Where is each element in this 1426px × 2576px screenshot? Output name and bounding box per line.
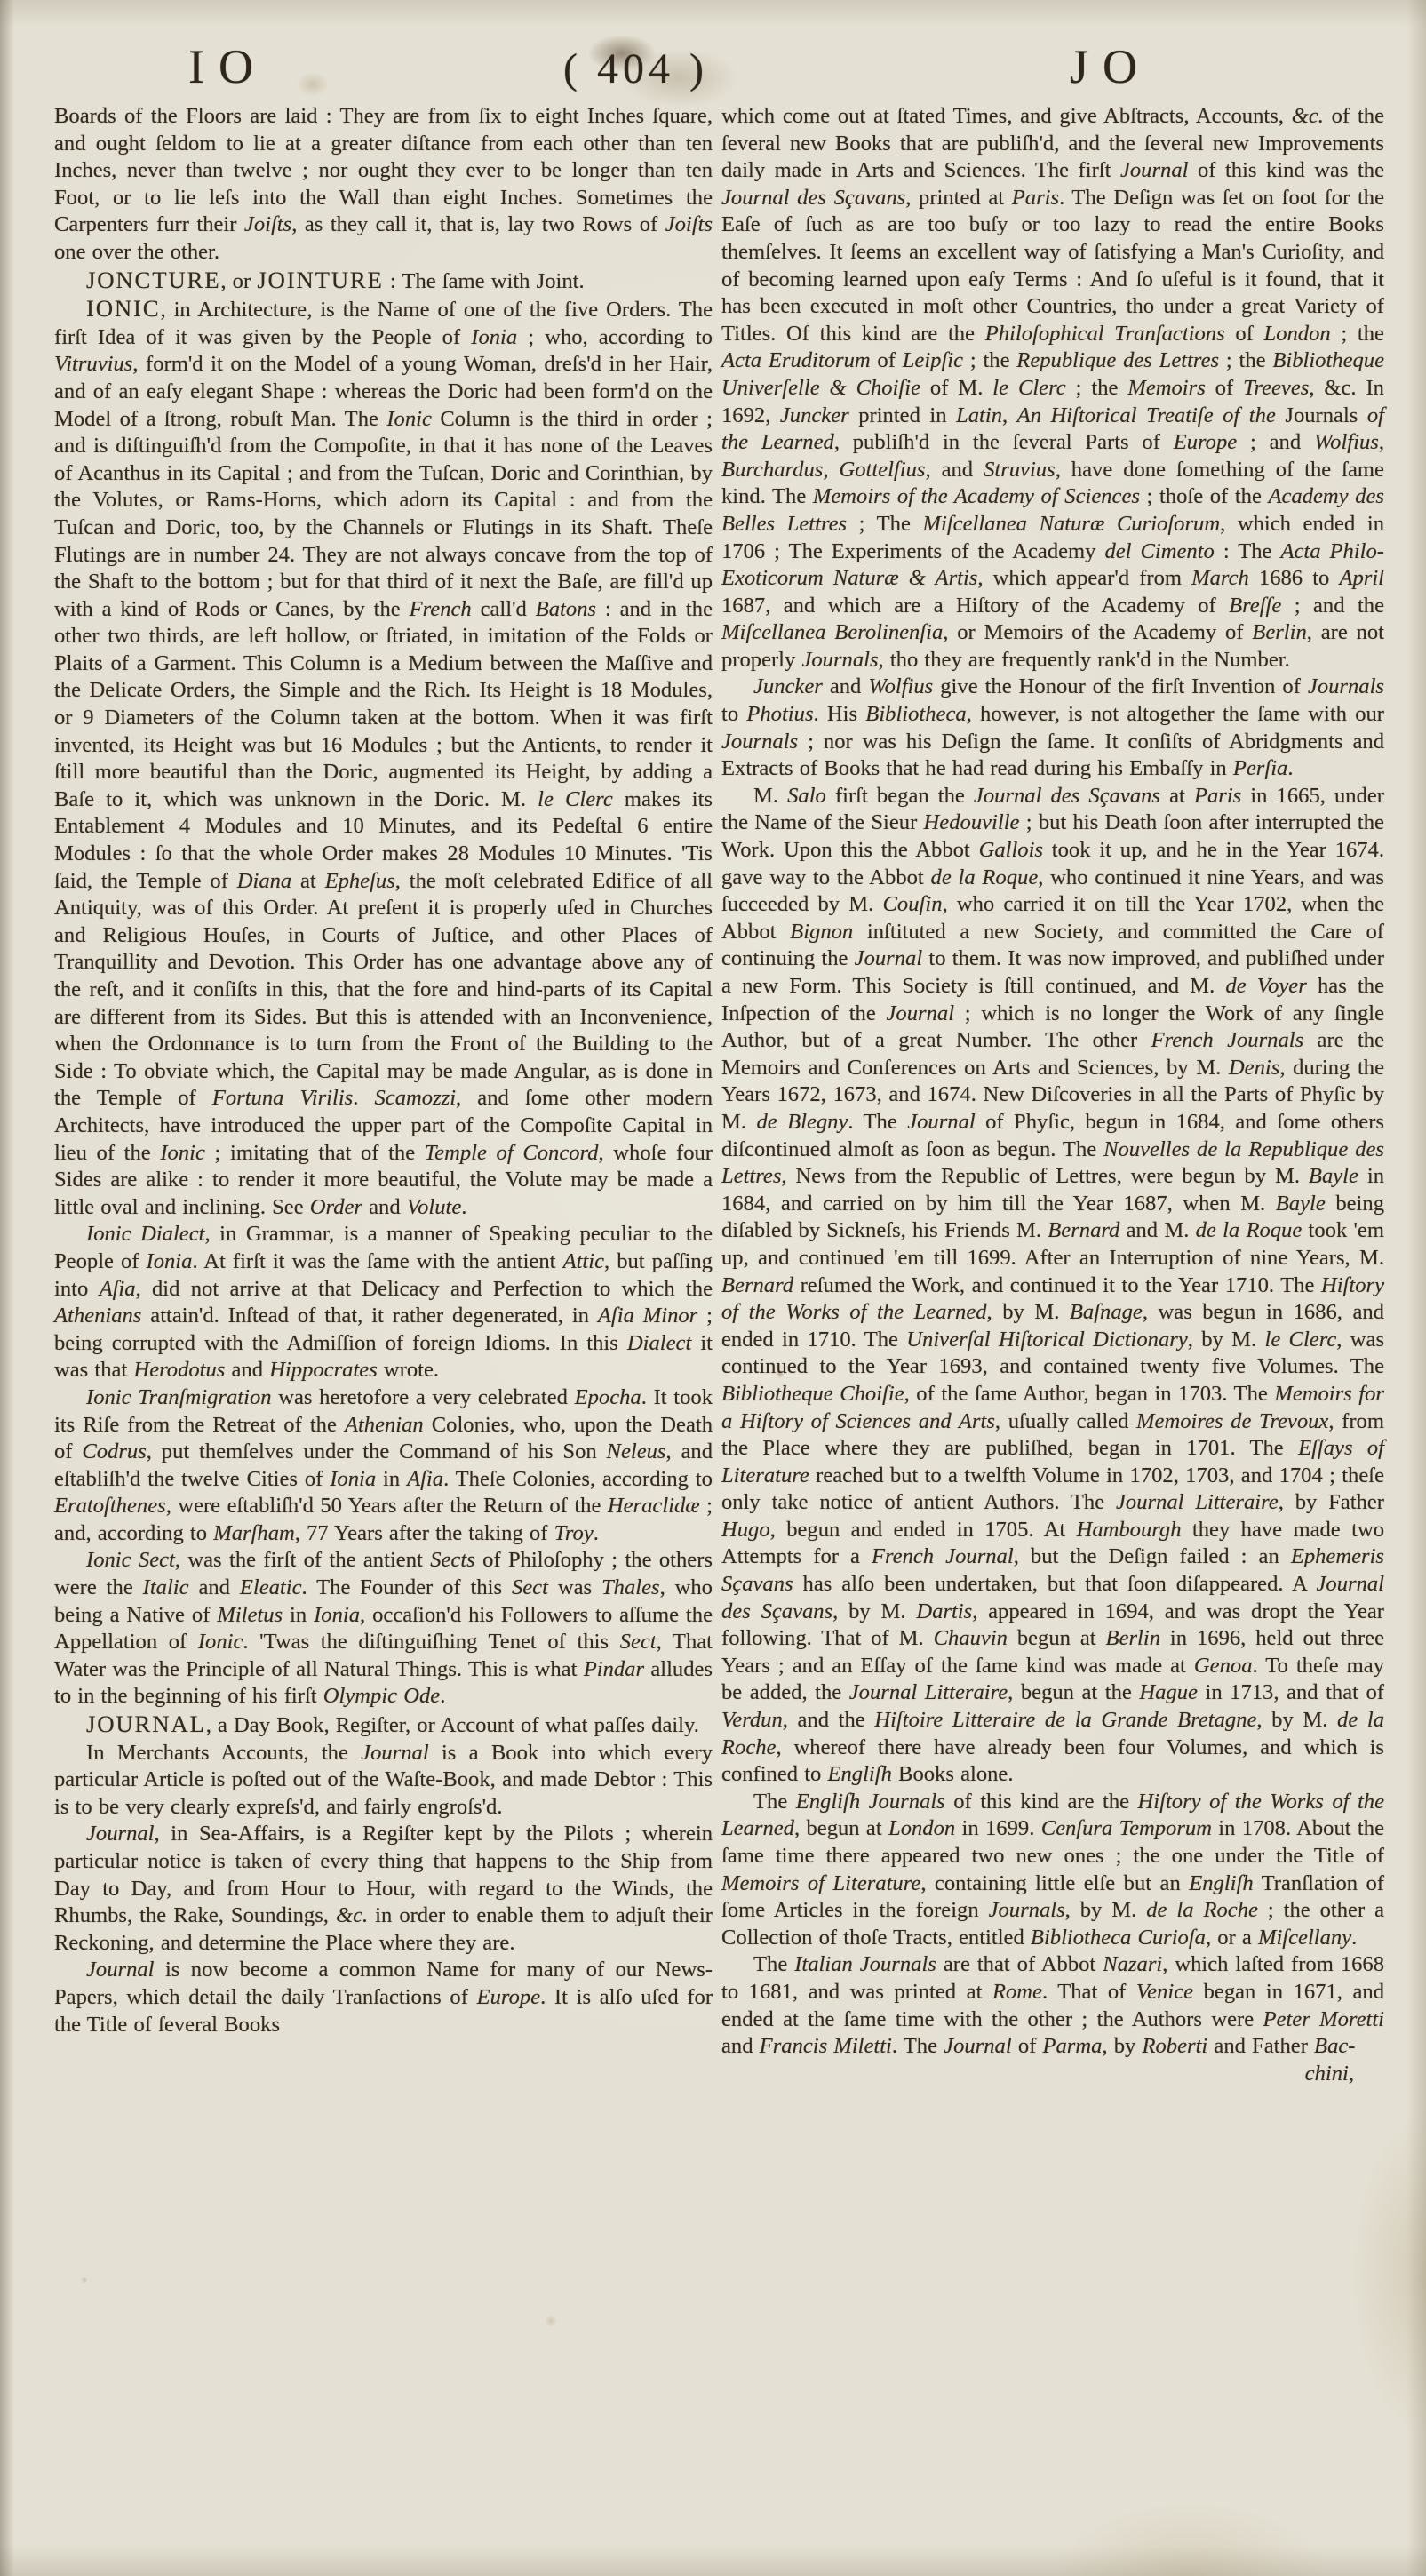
paragraph: which come out at ſtated Times, and give…	[721, 103, 1384, 674]
paragraph: Ionic Dialect, in Grammar, is a manner o…	[54, 1221, 713, 1384]
paragraph: Boards of the Floors are laid : They are…	[54, 103, 713, 267]
paragraph: Juncker and Wolfius give the Honour of t…	[721, 674, 1384, 782]
right-column-text: which come out at ſtated Times, and give…	[721, 103, 1384, 2061]
left-column: Boards of the Floors are laid : They are…	[54, 103, 713, 2038]
right-column: which come out at ſtated Times, and give…	[721, 103, 1384, 2087]
paragraph: In Merchants Accounts, the Journal is a …	[54, 1740, 713, 1822]
catchword: chini,	[721, 2061, 1384, 2088]
header-guide-letters-left: IO	[188, 39, 267, 94]
paragraph: IONIC, in Architecture, is the Name of o…	[54, 295, 713, 1221]
paragraph: The Italian Journals are that of Abbot N…	[721, 1951, 1384, 2060]
paragraph: JOURNAL, a Day Book, Regiſter, or Accoun…	[54, 1711, 713, 1740]
left-column-text: Boards of the Floors are laid : They are…	[54, 103, 713, 2038]
page-number: ( 404 )	[563, 44, 708, 93]
paragraph: The Engliſh Journals of this kind are th…	[721, 1789, 1384, 1952]
paragraph: Journal, in Sea-Affairs, is a Regiſter k…	[54, 1821, 713, 1957]
paragraph: Ionic Tranſmigration was heretofore a ve…	[54, 1384, 713, 1548]
paragraph: M. Salo firſt began the Journal des Sçav…	[721, 783, 1384, 1789]
paragraph: Ionic Sect, was the firſt of the antient…	[54, 1547, 713, 1711]
header-guide-letters-right: JO	[1070, 39, 1151, 94]
paragraph: JONCTURE, or JOINTURE : The ſame with Jo…	[54, 267, 713, 296]
paragraph: Journal is now become a common Name for …	[54, 1957, 713, 2038]
